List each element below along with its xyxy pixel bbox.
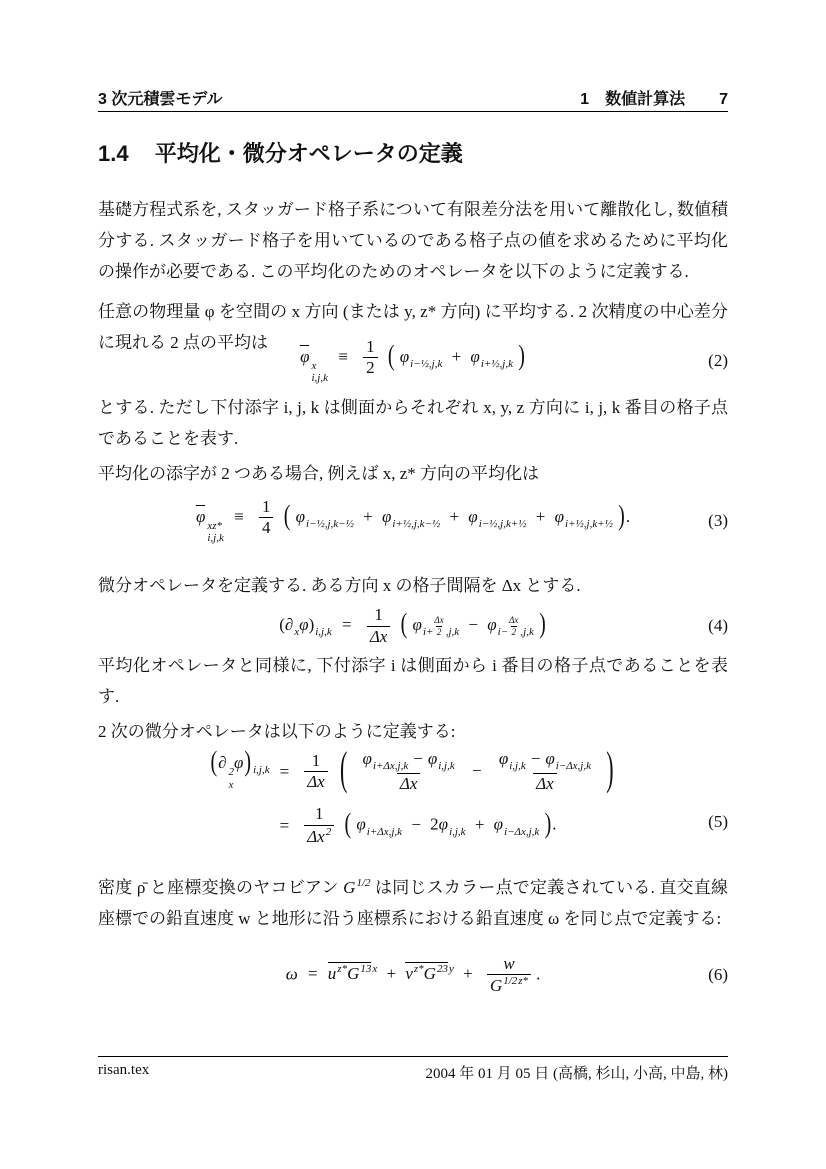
- open-paren-large: (: [340, 741, 347, 796]
- open-paren: (: [344, 808, 351, 841]
- phi-term-sub: i,j,k: [449, 826, 466, 838]
- grid-index-sub: i,j,k: [315, 626, 332, 638]
- v-average-sup: z*: [414, 963, 424, 975]
- plus-sign: +: [363, 507, 373, 526]
- forward-difference-fraction: φi+Δx,j,k−φi,j,kΔx: [360, 749, 458, 795]
- plus-sign: +: [449, 507, 459, 526]
- partial-symbol: ∂: [285, 615, 293, 634]
- plus-sign: +: [452, 347, 462, 366]
- phi-term-sub: i+½,j,k: [481, 358, 513, 370]
- jacobian-symbol: G: [343, 878, 355, 897]
- equation-5: (∂2xφ)i,j,k = 1Δx ( φi+Δx,j,k−φi,j,kΔx −…: [98, 750, 728, 846]
- equation-5-row2: = 1Δx2 ( φi+Δx,j,k − 2φi,j,k + φi−Δx,j,k…: [209, 799, 616, 852]
- phi-term: φ: [555, 507, 564, 526]
- paragraph-density-jacobian: 密度 ρ̄ と座標変換のヤコビアン G1/2 は同じスカラー点で定義されている.…: [98, 868, 728, 934]
- equation-2-body: φxi,j,k ≡ 12 ( φi−½,j,k + φi+½,j,k ): [300, 337, 526, 385]
- footer-rule: [98, 1056, 728, 1057]
- open-paren: (: [284, 500, 291, 533]
- phi-overbar: φ: [300, 345, 309, 366]
- equation-2-lhs-scripts: xi,j,k: [311, 360, 328, 385]
- equals-sign: =: [270, 744, 300, 800]
- period: .: [552, 815, 556, 834]
- phi-symbol: φ: [299, 615, 308, 634]
- outer-average-sup-y: y: [449, 963, 454, 975]
- equation-5-body: (∂2xφ)i,j,k = 1Δx ( φi+Δx,j,k−φi,j,kΔx −…: [209, 744, 616, 852]
- phi-term-sub: i+½,j,k+½: [565, 518, 613, 530]
- metric-g13: G: [347, 964, 359, 983]
- close-paren: ): [244, 746, 251, 779]
- paragraph-subscript-note: とする. ただし下付添字 i, j, k は側面からそれぞれ x, y, z 方…: [98, 392, 728, 454]
- header-chapter-number: 1: [580, 91, 589, 109]
- omega-symbol: ω: [286, 964, 298, 983]
- open-paren: (: [210, 746, 217, 779]
- equation-3-lhs-scripts: xz*i,j,k: [207, 520, 224, 545]
- outer-average-sup-x: x: [372, 963, 377, 975]
- phi-overbar: φ: [196, 505, 205, 526]
- phi-term: φ: [382, 507, 391, 526]
- paragraph-diff-operator: 微分オペレータを定義する. ある方向 x の格子間隔を Δx とする.: [98, 570, 728, 601]
- equiv-sign: ≡: [338, 347, 348, 366]
- phi-term: φ: [487, 615, 496, 634]
- v-overbar: v: [405, 962, 413, 983]
- equals-sign: =: [342, 615, 352, 634]
- equation-6-body: ω = uz*G13x + vz*G23y + wG1/2z*.: [286, 954, 541, 997]
- w-over-jacobian-fraction: wG1/2z*: [487, 954, 531, 997]
- equation-4: (∂xφ)i,j,k = 1Δx ( φi+Δx2,j,k − φi−Δx2,j…: [98, 600, 728, 652]
- equation-2: φxi,j,k ≡ 12 ( φi−½,j,k + φi+½,j,k ) (2): [98, 336, 728, 386]
- metric-g23-sup: 23: [437, 963, 448, 975]
- section-title: 1.4 平均化・微分オペレータの定義: [98, 137, 463, 168]
- partial-symbol: ∂: [218, 753, 226, 772]
- header-left-title: 3 次元積雲モデル: [98, 86, 223, 109]
- phi-symbol: φ: [234, 753, 243, 772]
- section-number: 1.4: [98, 141, 129, 166]
- phi-term: φ: [468, 507, 477, 526]
- one-half-fraction: 12: [363, 337, 378, 379]
- footer-date-authors: 2004 年 01 月 05 日 (高橋, 杉山, 小高, 中島, 林): [426, 1062, 729, 1083]
- grid-index-sub: i,j,k: [311, 372, 328, 385]
- phi-term-sub: i−½,j,k+½: [479, 518, 527, 530]
- open-paren: (: [401, 608, 408, 641]
- document-page: 3 次元積雲モデル 1 数値計算法 7 1.4 平均化・微分オペレータの定義 基…: [0, 0, 826, 1169]
- minus-sign: −: [468, 615, 478, 634]
- coefficient: 2: [430, 815, 439, 834]
- open-paren: (: [388, 340, 395, 373]
- close-paren: ): [545, 808, 552, 841]
- paragraph-intro: 基礎方程式系を, スタッガード格子系について有限差分法を用いて離散化し, 数値積…: [98, 194, 728, 287]
- close-paren-large: ): [606, 741, 613, 796]
- one-over-dx-fraction: 1Δx: [367, 605, 391, 647]
- header-chapter-title: 数値計算法: [605, 86, 685, 109]
- metric-g13-sup: 13: [360, 963, 371, 975]
- dx-over-2-subfraction: Δx2: [434, 615, 443, 637]
- phi-term-sub: i+Δx,j,k: [367, 826, 402, 838]
- dx-over-2-subfraction: Δx2: [509, 615, 518, 637]
- page-footer: risan.tex 2004 年 01 月 05 日 (高橋, 杉山, 小高, …: [98, 1062, 728, 1083]
- plus-sign: +: [463, 964, 473, 983]
- equation-6: ω = uz*G13x + vz*G23y + wG1/2z*. (6): [98, 944, 728, 1006]
- y-averaged-term: vz*G23: [405, 962, 448, 983]
- phi-term-sub-tail: ,j,k: [446, 626, 459, 638]
- paragraph-density-part1: 密度 ρ̄ と座標変換のヤコビアン: [98, 878, 343, 897]
- one-quarter-fraction: 14: [259, 497, 274, 539]
- close-paren: ): [539, 608, 546, 641]
- phi-term-sub: i−½,j,k: [410, 358, 442, 370]
- close-paren: ): [618, 500, 625, 533]
- phi-term-sub: i+: [423, 626, 433, 638]
- page-header: 3 次元積雲モデル 1 数値計算法 7: [98, 86, 728, 109]
- header-right: 1 数値計算法 7: [580, 86, 728, 109]
- equals-sign: =: [270, 799, 300, 852]
- phi-term-sub: i−½,j,k−½: [306, 518, 354, 530]
- phi-term: φ: [470, 347, 479, 366]
- equation-4-body: (∂xφ)i,j,k = 1Δx ( φi+Δx2,j,k − φi−Δx2,j…: [279, 605, 547, 647]
- equation-tag-6: (6): [708, 965, 728, 985]
- plus-sign: +: [387, 964, 397, 983]
- equation-tag-5: (5): [708, 812, 728, 832]
- equation-3-body: φxz*i,j,k ≡ 14 ( φi−½,j,k−½ + φi+½,j,k−½…: [196, 497, 630, 545]
- one-over-dx-squared-fraction: 1Δx2: [304, 804, 334, 847]
- phi-term: φ: [400, 347, 409, 366]
- phi-term: φ: [494, 815, 503, 834]
- phi-term-sub: i−Δx,j,k: [504, 826, 539, 838]
- grid-index-sub: i,j,k: [253, 764, 270, 776]
- equation-tag-4: (4): [708, 616, 728, 636]
- paragraph-second-diff: 2 次の微分オペレータは以下のように定義する:: [98, 716, 728, 747]
- minus-sign: −: [411, 815, 421, 834]
- header-page-number: 7: [719, 91, 728, 109]
- equation-tag-2: (2): [708, 351, 728, 371]
- equation-tag-3: (3): [708, 511, 728, 531]
- plus-sign: +: [475, 815, 485, 834]
- section-name: 平均化・微分オペレータの定義: [155, 141, 463, 166]
- w-symbol: w: [500, 954, 517, 974]
- phi-term-sub-tail: ,j,k: [520, 626, 533, 638]
- phi-term-sub: i+½,j,k−½: [392, 518, 440, 530]
- backward-difference-fraction: φi,j,k−φi−Δx,j,kΔx: [496, 749, 594, 795]
- period: .: [626, 507, 630, 526]
- average-direction-sup: x: [311, 360, 316, 373]
- minus-sign: −: [472, 761, 482, 780]
- period: .: [536, 964, 540, 983]
- average-direction-sup: xz*: [207, 520, 222, 533]
- phi-term: φ: [413, 615, 422, 634]
- phi-term: φ: [296, 507, 305, 526]
- equals-sign: =: [308, 964, 318, 983]
- header-rule: [98, 111, 728, 112]
- equation-5-row1: (∂2xφ)i,j,k = 1Δx ( φi+Δx,j,k−φi,j,kΔx −…: [209, 744, 616, 800]
- grid-index-sub: i,j,k: [207, 532, 224, 545]
- u-average-sup: z*: [337, 963, 347, 975]
- metric-g23: G: [424, 964, 436, 983]
- plus-sign: +: [536, 507, 546, 526]
- u-overbar: u: [328, 962, 337, 983]
- close-paren: ): [309, 615, 315, 634]
- paragraph-two-subscripts: 平均化の添字が 2 つある場合, 例えば x, z* 方向の平均化は: [98, 458, 728, 489]
- equiv-sign: ≡: [234, 507, 244, 526]
- footer-filename: risan.tex: [98, 1062, 149, 1083]
- jacobian-exponent: 1/2: [356, 877, 370, 889]
- paragraph-diff-subscript-note: 平均化オペレータと同様に, 下付添字 i は側面から i 番目の格子点であること…: [98, 650, 728, 712]
- jacobian-averaged: G1/2z*: [487, 974, 531, 996]
- close-paren: ): [518, 340, 525, 373]
- equation-3: φxz*i,j,k ≡ 14 ( φi−½,j,k−½ + φi+½,j,k−½…: [98, 494, 728, 548]
- x-averaged-term: uz*G13: [328, 962, 372, 983]
- phi-term-sub: i−: [498, 626, 508, 638]
- phi-term: φ: [439, 815, 448, 834]
- phi-term: φ: [356, 815, 365, 834]
- one-over-dx-fraction: 1Δx: [304, 751, 328, 793]
